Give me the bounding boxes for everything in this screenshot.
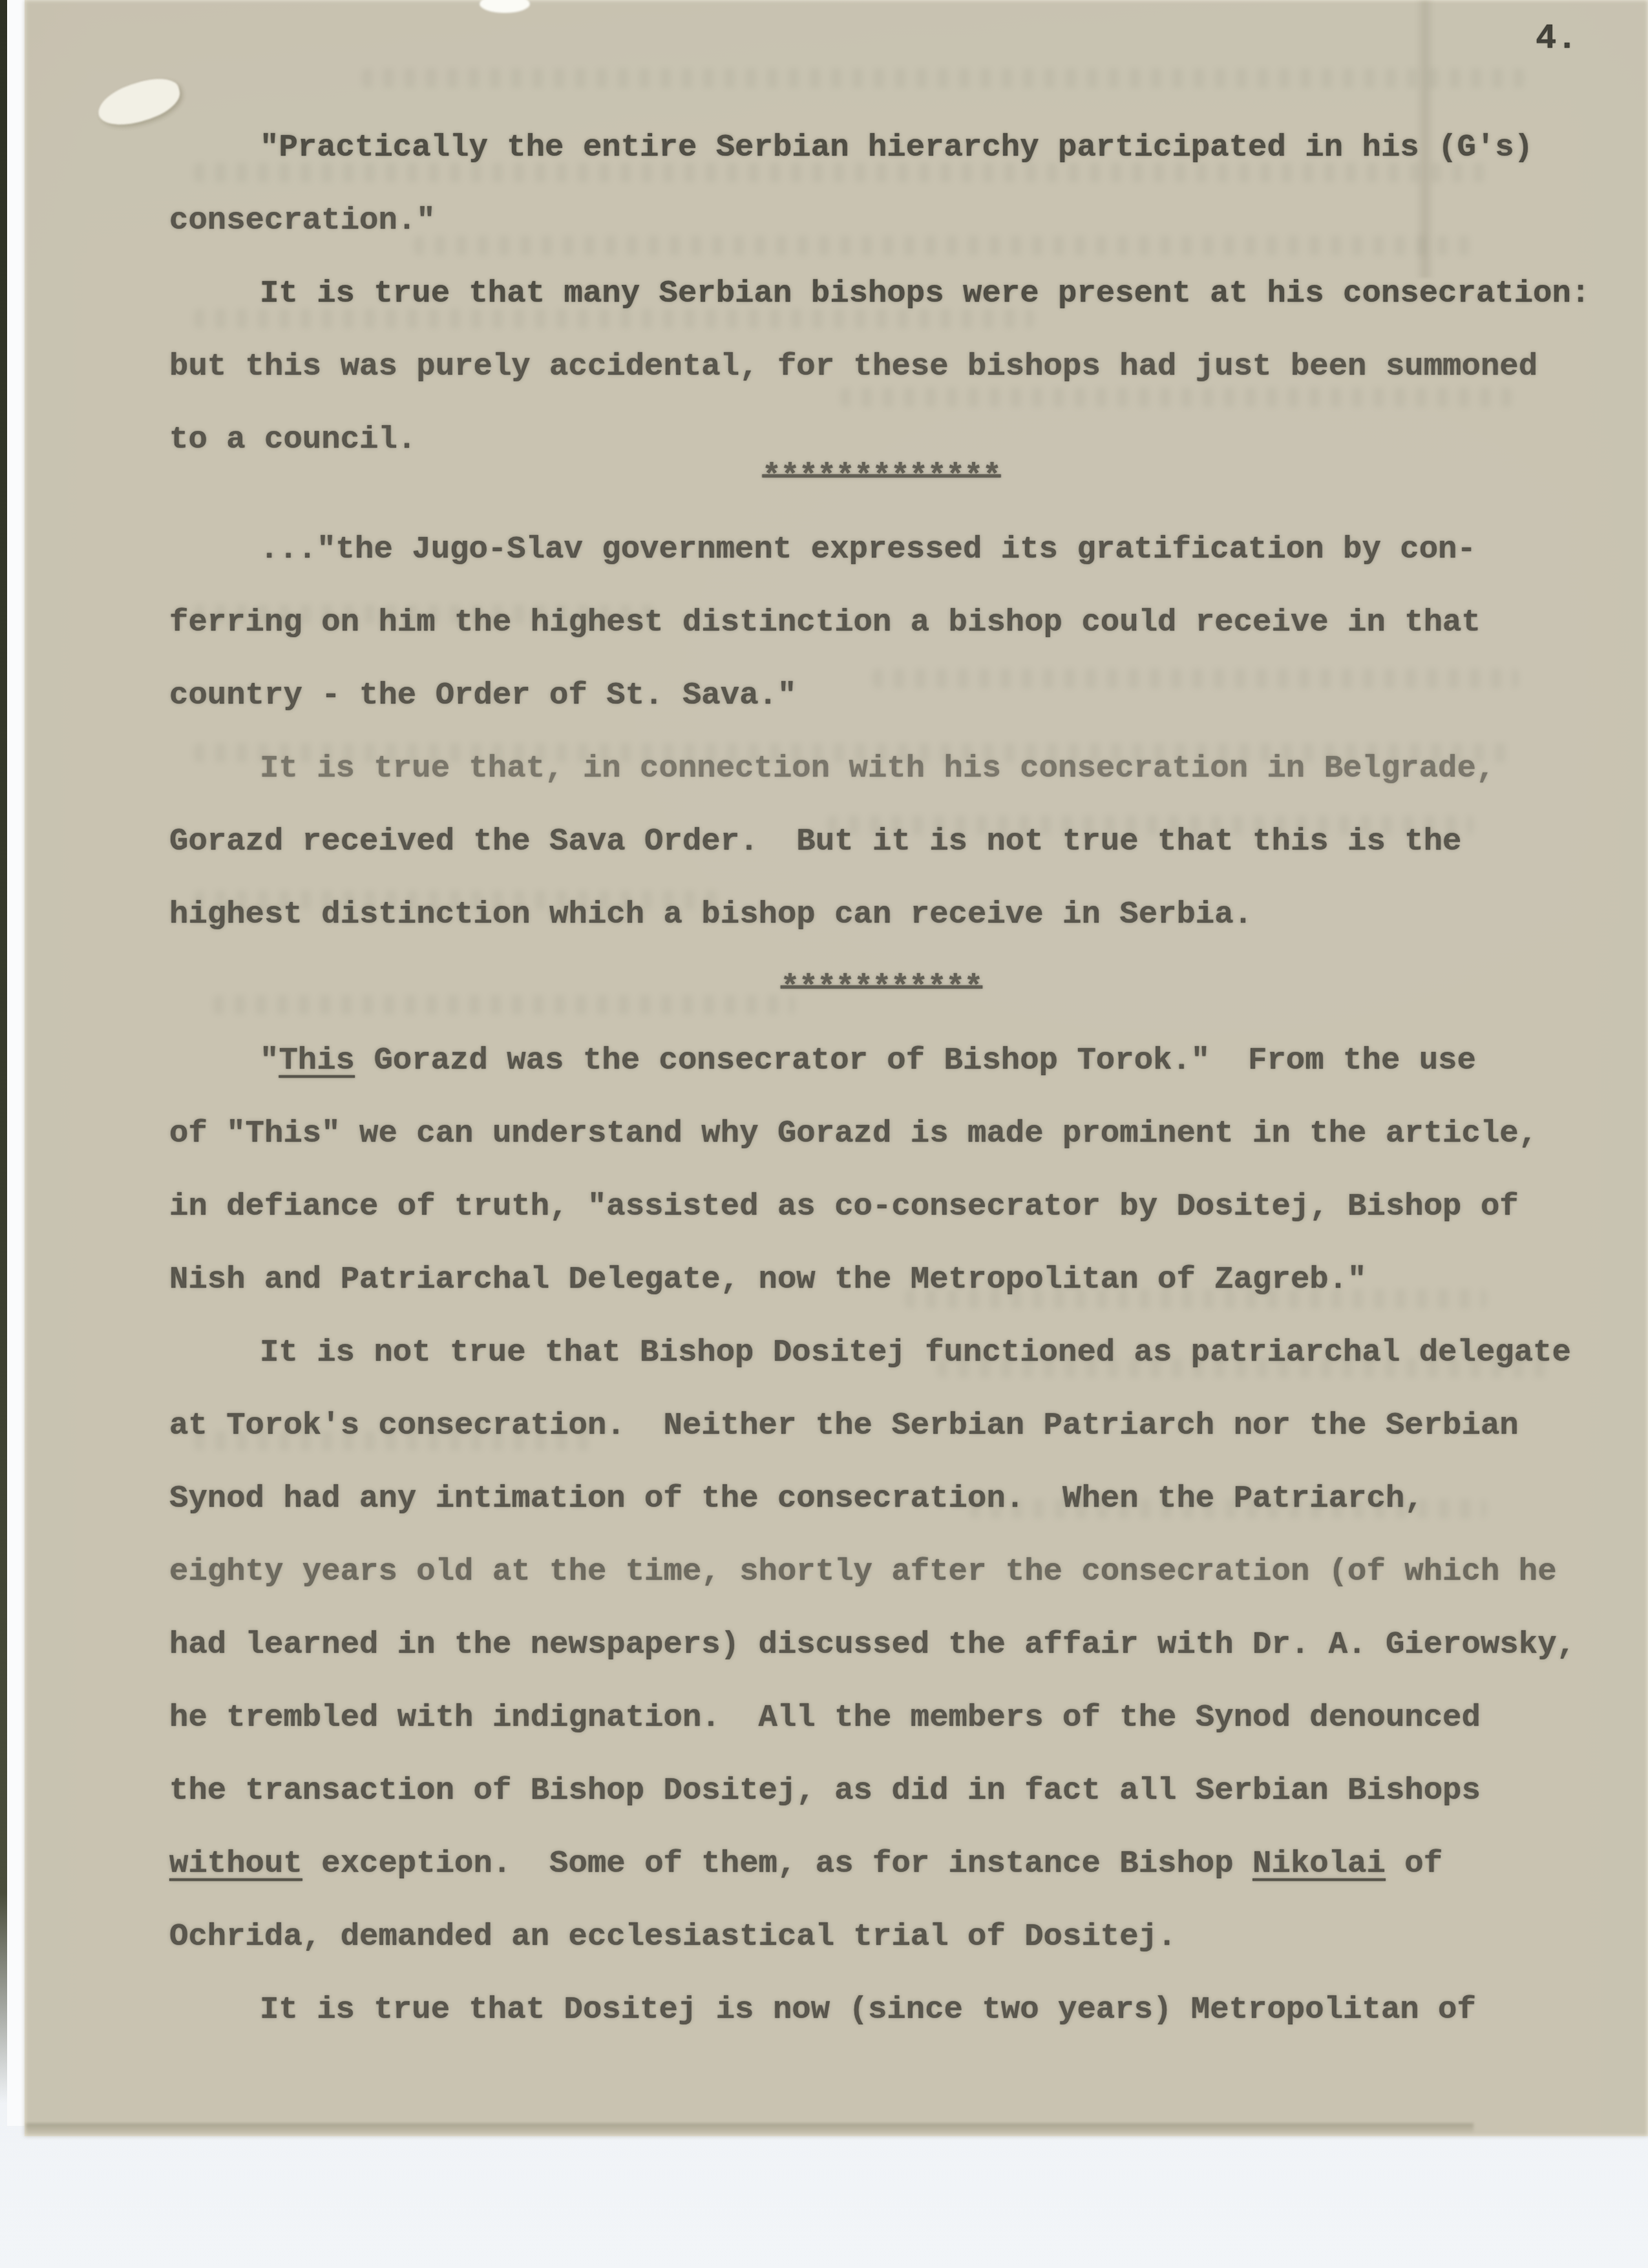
- typewritten-line: consecration.": [169, 202, 436, 238]
- typewritten-line: he trembled with indignation. All the me…: [169, 1699, 1481, 1736]
- line-text: eighty years old at the time, shortly af…: [169, 1553, 1557, 1590]
- underlined-word: This: [279, 1042, 355, 1078]
- typewritten-line: country - the Order of St. Sava.": [169, 677, 796, 713]
- line-text: to a council.: [169, 421, 416, 457]
- line-text: It is true that Dositej is now (since tw…: [260, 1991, 1476, 2028]
- line-text: Gorazd was the consecrator of Bishop Tor…: [355, 1042, 1476, 1078]
- typewritten-line: ..."the Jugo-Slav government expressed i…: [169, 531, 1476, 567]
- asterisk-separator: ***********: [169, 969, 1594, 1005]
- typewritten-line: "Practically the entire Serbian hierarch…: [169, 129, 1533, 165]
- line-text: ": [260, 1042, 279, 1078]
- line-text: had learned in the newspapers) discussed…: [169, 1626, 1576, 1663]
- typewritten-line: Synod had any intimation of the consecra…: [169, 1480, 1424, 1517]
- underlined-word: without: [169, 1845, 302, 1882]
- line-text: exception. Some of them, as for instance…: [302, 1845, 1252, 1882]
- line-text: Ochrida, demanded an ecclesiastical tria…: [169, 1918, 1176, 1955]
- typewritten-line: It is not true that Bishop Dositej funct…: [169, 1334, 1571, 1370]
- typewritten-line: of "This" we can understand why Gorazd i…: [169, 1115, 1537, 1151]
- line-text: Nish and Patriarchal Delegate, now the M…: [169, 1261, 1367, 1297]
- line-text: Gorazd received the Sava Order. But it i…: [169, 823, 1462, 859]
- typewritten-line: at Torok's consecration. Neither the Ser…: [169, 1407, 1519, 1444]
- typewritten-line: in defiance of truth, "assisted as co-co…: [169, 1188, 1519, 1224]
- line-text: in defiance of truth, "assisted as co-co…: [169, 1188, 1519, 1224]
- line-text: at Torok's consecration. Neither the Ser…: [169, 1407, 1519, 1444]
- line-text: of "This" we can understand why Gorazd i…: [169, 1115, 1537, 1151]
- typewritten-line: eighty years old at the time, shortly af…: [169, 1553, 1557, 1590]
- typewritten-line: Nish and Patriarchal Delegate, now the M…: [169, 1261, 1367, 1297]
- line-text: consecration.": [169, 202, 436, 238]
- typewritten-line: without exception. Some of them, as for …: [169, 1845, 1442, 1882]
- typewritten-line: highest distinction which a bishop can r…: [169, 896, 1252, 932]
- typewritten-line: Ochrida, demanded an ecclesiastical tria…: [169, 1918, 1176, 1955]
- scanned-document-scene: 4. "Practically the entire Serbian hiera…: [0, 0, 1648, 2268]
- line-text: ferring on him the highest distinction a…: [169, 604, 1481, 640]
- line-text: of: [1386, 1845, 1442, 1882]
- scanner-gutter: [7, 0, 25, 2126]
- typewritten-line: It is true that, in connection with his …: [169, 750, 1495, 786]
- asterisk-separator: *************: [169, 458, 1594, 494]
- typewritten-text-block: "Practically the entire Serbian hierarch…: [169, 0, 1594, 2268]
- line-text: Synod had any intimation of the consecra…: [169, 1480, 1424, 1517]
- line-text: It is not true that Bishop Dositej funct…: [260, 1334, 1571, 1370]
- line-text: ..."the Jugo-Slav government expressed i…: [260, 531, 1476, 567]
- typewritten-line: It is true that Dositej is now (since tw…: [169, 1991, 1476, 2028]
- line-text: ***********: [781, 969, 982, 1005]
- typewritten-line: but this was purely accidental, for thes…: [169, 348, 1537, 384]
- line-text: It is true that many Serbian bishops wer…: [260, 275, 1590, 311]
- typewritten-line: ferring on him the highest distinction a…: [169, 604, 1481, 640]
- typewritten-line: the transaction of Bishop Dositej, as di…: [169, 1772, 1481, 1809]
- line-text: but this was purely accidental, for thes…: [169, 348, 1537, 384]
- typewritten-line: Gorazd received the Sava Order. But it i…: [169, 823, 1462, 859]
- line-text: "Practically the entire Serbian hierarch…: [260, 129, 1533, 165]
- line-text: *************: [762, 458, 1000, 494]
- line-text: the transaction of Bishop Dositej, as di…: [169, 1772, 1481, 1809]
- line-text: It is true that, in connection with his …: [260, 750, 1495, 786]
- typewritten-line: to a council.: [169, 421, 416, 457]
- underlined-word: Nikolai: [1252, 1845, 1386, 1882]
- line-text: highest distinction which a bishop can r…: [169, 896, 1252, 932]
- line-text: country - the Order of St. Sava.": [169, 677, 796, 713]
- scanner-edge-strip: [0, 0, 7, 2103]
- typewritten-line: "This Gorazd was the consecrator of Bish…: [169, 1042, 1476, 1078]
- typewritten-line: It is true that many Serbian bishops wer…: [169, 275, 1590, 311]
- typewritten-line: had learned in the newspapers) discussed…: [169, 1626, 1576, 1663]
- line-text: he trembled with indignation. All the me…: [169, 1699, 1481, 1736]
